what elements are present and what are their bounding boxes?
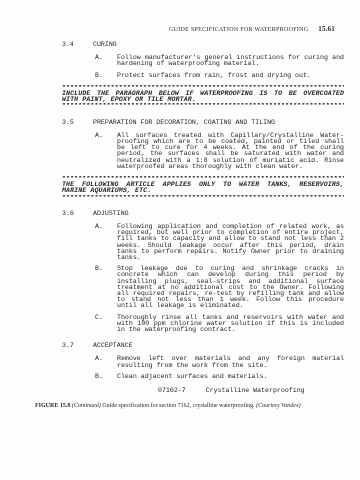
figure-continued: (Continued) — [72, 403, 101, 409]
item-text: Following application and completion of … — [117, 224, 344, 261]
item-text: Protect surfaces from rain, frost and dr… — [117, 73, 344, 79]
item-text: Thoroughly rinse all tanks and reservoir… — [117, 315, 344, 334]
item-letter: B. — [95, 266, 117, 309]
figure-caption-text: Guide specification for section 7162, cr… — [102, 403, 254, 409]
section-title: ADJUSTING — [93, 211, 129, 217]
spec-item: B. Stop leakage due to curing and shrink… — [62, 266, 344, 309]
asterisk-rule: ****************************************… — [62, 103, 344, 109]
spec-item: A. All surfaces treated with Capillary/C… — [62, 133, 344, 170]
section-heading-acceptance: 3.7 ACCEPTANCE — [62, 343, 344, 349]
running-header-title: GUIDE SPECIFICATION FOR WATERPROOFING — [169, 27, 309, 33]
spec-item: B. Protect surfaces from rain, frost and… — [62, 73, 344, 79]
section-heading-preparation: 3.5 PREPARATION FOR DECORATION, COATING … — [62, 120, 344, 126]
figure-caption: FIGURE 15.8 (Continued) Guide specificat… — [35, 403, 335, 410]
footer-section-code: 07162-7 — [158, 388, 186, 394]
figure-label: FIGURE 15.8 — [35, 403, 70, 409]
footer-doc-title: Crystalline Waterproofing — [206, 388, 305, 394]
spec-item: A. Following application and completion … — [62, 224, 344, 261]
item-text: Stop leakage due to curing and shrinkage… — [117, 266, 344, 309]
section-number: 3.5 — [62, 120, 93, 126]
doc-footer-line: 07162-7 Crystalline Waterproofing — [62, 388, 344, 394]
item-letter: C. — [95, 315, 117, 334]
item-text: All surfaces treated with Capillary/Crys… — [117, 133, 344, 170]
item-text: Remove left over materials and any forei… — [117, 356, 344, 368]
item-letter: B. — [95, 73, 117, 79]
scanned-spec-page: GUIDE SPECIFICATION FOR WATERPROOFING 15… — [0, 0, 360, 480]
page-number: 15.61 — [318, 25, 335, 33]
spec-item: C. Thoroughly rinse all tanks and reserv… — [62, 315, 344, 334]
figure-courtesy: (Courtesy Vandex) — [256, 403, 301, 409]
spec-item: A. Follow manufacturer's general instruc… — [62, 55, 344, 67]
item-letter: A. — [95, 224, 117, 261]
spec-item: A. Remove left over materials and any fo… — [62, 356, 344, 368]
section-number: 3.4 — [62, 42, 93, 48]
section-title: PREPARATION FOR DECORATION, COATING AND … — [93, 120, 275, 126]
spec-item: B. Clean adjacent surfaces and materials… — [62, 374, 344, 380]
asterisk-rule: ****************************************… — [62, 195, 344, 201]
section-number: 3.6 — [62, 211, 93, 217]
editor-note-tanks: ****************************************… — [62, 176, 344, 201]
item-text: Clean adjacent surfaces and materials. — [117, 374, 344, 380]
editor-note-overcoat: ****************************************… — [62, 85, 344, 110]
section-heading-adjusting: 3.6 ADJUSTING — [62, 211, 344, 217]
item-letter: A. — [95, 356, 117, 368]
running-header: GUIDE SPECIFICATION FOR WATERPROOFING 15… — [0, 26, 335, 34]
item-letter: A. — [95, 55, 117, 67]
section-title: ACCEPTANCE — [93, 343, 133, 349]
section-number: 3.7 — [62, 343, 93, 349]
section-title: CURING — [93, 42, 117, 48]
spec-body: 3.4 CURING A. Follow manufacturer's gene… — [62, 42, 344, 394]
item-text: Follow manufacturer's general instructio… — [117, 55, 344, 67]
section-heading-curing: 3.4 CURING — [62, 42, 344, 48]
item-letter: A. — [95, 133, 117, 170]
item-letter: B. — [95, 374, 117, 380]
